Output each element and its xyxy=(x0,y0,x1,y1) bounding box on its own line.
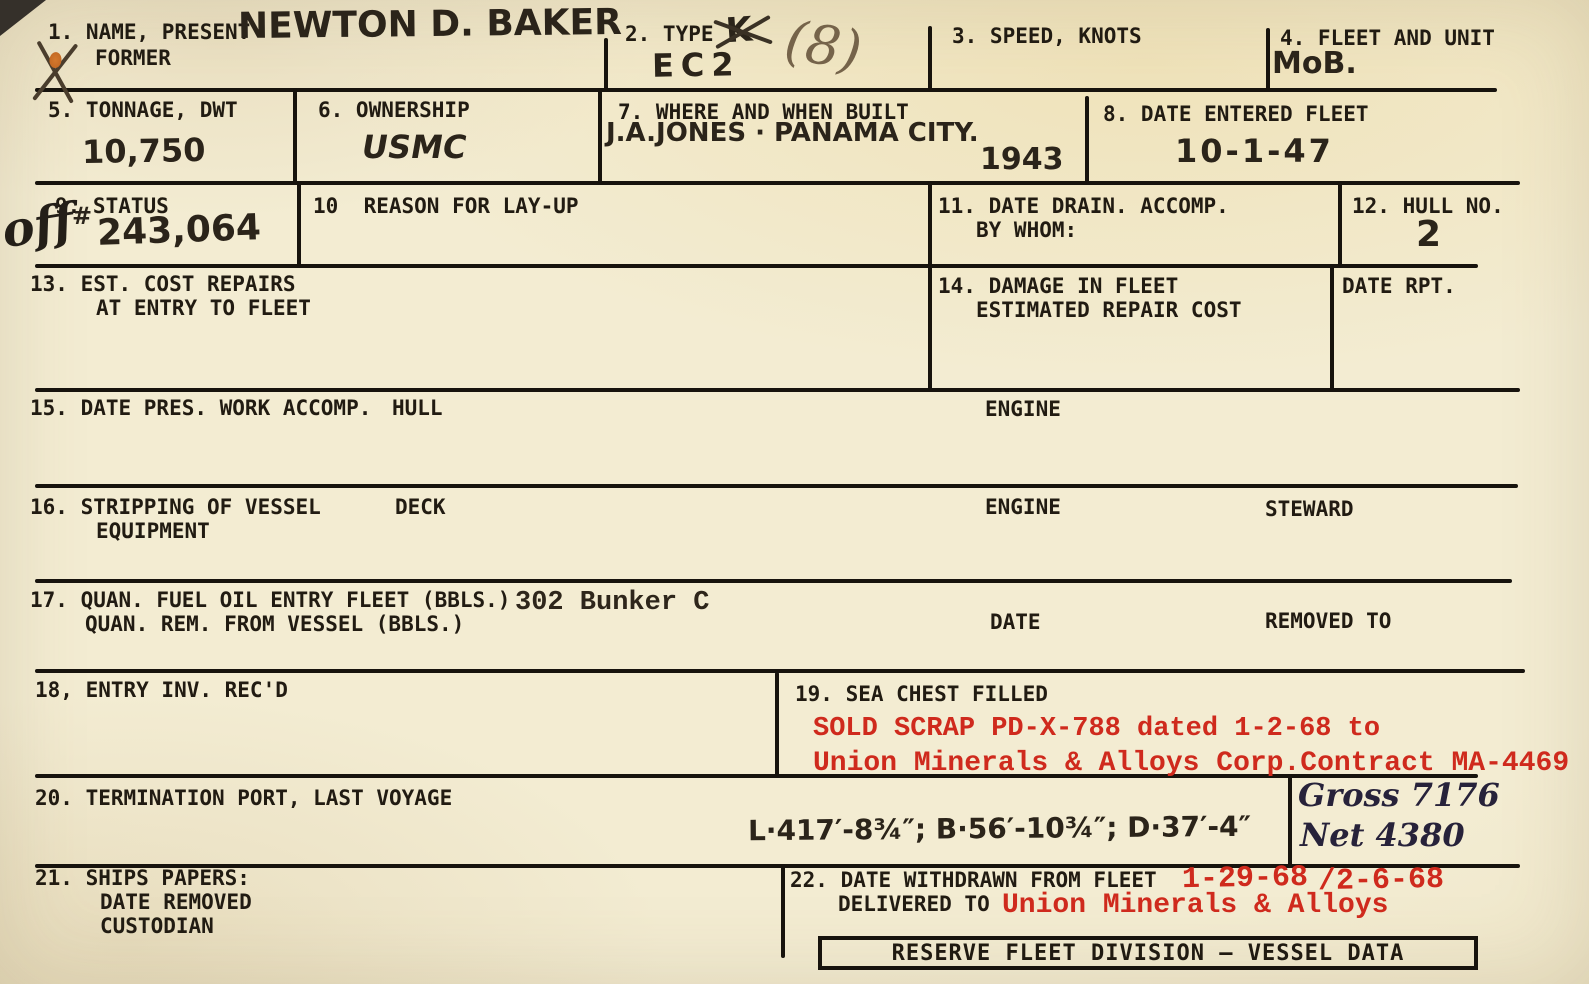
divider-field20-tonnage xyxy=(1288,774,1292,866)
field17-removed-to-label: REMOVED TO xyxy=(1265,609,1391,633)
field14-label: 14. DAMAGE IN FLEET xyxy=(938,274,1178,298)
rule-row3-bottom xyxy=(35,264,1478,268)
field16-engine-label: ENGINE xyxy=(985,495,1061,519)
divider-field18-field19 xyxy=(775,672,779,776)
field7-value-year: 1943 xyxy=(980,142,1064,177)
field16-deck-label: DECK xyxy=(395,495,446,519)
rule-row7-bottom xyxy=(35,669,1525,673)
field17-value-fuel: 302 Bunker C xyxy=(515,588,709,618)
field14-date-rpt-label: DATE RPT. xyxy=(1342,274,1456,298)
divider-field14-daterpt xyxy=(1330,264,1334,390)
field3-label: 3. SPEED, KNOTS xyxy=(952,24,1142,48)
field11-label: 11. DATE DRAIN. ACCOMP. xyxy=(938,194,1229,218)
field22-label: 22. DATE WITHDRAWN FROM FLEET xyxy=(790,868,1157,892)
field20-label: 20. TERMINATION PORT, LAST VOYAGE xyxy=(35,786,452,810)
field21-custodian-label: CUSTODIAN xyxy=(100,914,214,938)
field1-label-former: FORMER xyxy=(95,46,171,70)
field20-net-tonnage: Net 4380 xyxy=(1300,816,1465,854)
field19-label: 19. SEA CHEST FILLED xyxy=(795,682,1048,706)
divider-field6-field7 xyxy=(598,88,602,183)
rule-row5-bottom xyxy=(35,484,1518,488)
field8-label: 8. DATE ENTERED FLEET xyxy=(1103,102,1369,126)
field6-label: 6. OWNERSHIP xyxy=(318,98,470,122)
field11-label-by-whom: BY WHOM: xyxy=(976,218,1077,242)
scan-corner-fold xyxy=(0,0,46,36)
field5-value-tonnage: 10,750 xyxy=(82,131,206,171)
field9-value-status-number: 243,064 xyxy=(96,207,261,254)
field2-value-type: EC2 xyxy=(652,45,741,85)
divider-field21-field22 xyxy=(781,864,785,958)
field22-delivered-to-value: Union Minerals & Alloys xyxy=(1002,890,1388,921)
divider-field7-field8 xyxy=(1085,96,1089,183)
field4-value-fleet: MoB. xyxy=(1272,46,1357,81)
field9-value-off-script: off xyxy=(0,193,78,260)
divider-field9-field10 xyxy=(297,181,301,266)
field13-label: 13. EST. COST REPAIRS xyxy=(30,272,296,296)
field17-label: 17. QUAN. FUEL OIL ENTRY FLEET (BBLS.) xyxy=(30,588,510,612)
rule-row4-bottom xyxy=(35,388,1520,392)
field22-delivered-to-label: DELIVERED TO xyxy=(838,892,990,916)
divider-field3-field4 xyxy=(1266,28,1270,90)
field2-pencil-note: (8) xyxy=(781,8,866,82)
card-title: RESERVE FLEET DIVISION – VESSEL DATA xyxy=(892,941,1405,966)
field20-gross-tonnage: Gross 7176 xyxy=(1298,776,1500,814)
field21-label: 21. SHIPS PAPERS: xyxy=(35,866,250,890)
field15-label: 15. DATE PRES. WORK ACCOMP. xyxy=(30,396,371,420)
field6-value-ownership: USMC xyxy=(359,128,470,166)
field19-sold-scrap-stamp-line1: SOLD SCRAP PD-X-788 dated 1-2-68 to xyxy=(813,714,1380,744)
field16-label: 16. STRIPPING OF VESSEL xyxy=(30,495,321,519)
field15-hull-label: HULL xyxy=(392,396,443,420)
divider-field5-field6 xyxy=(293,88,297,183)
field18-label: 18, ENTRY INV. REC'D xyxy=(35,678,288,702)
rule-row2-bottom xyxy=(35,181,1520,185)
field10-label: 10 REASON FOR LAY-UP xyxy=(313,194,579,218)
field17-label2: QUAN. REM. FROM VESSEL (BBLS.) xyxy=(85,612,464,636)
divider-field11-field12 xyxy=(1338,181,1342,266)
field20-dimensions-value: L·417′-8¾″; B·56′-10¾″; D·37′-4″ xyxy=(748,810,1251,847)
divider-field2-field3 xyxy=(928,26,932,90)
divider-field1-field2 xyxy=(604,38,608,90)
field16-label-equipment: EQUIPMENT xyxy=(96,519,210,543)
field17-date-label: DATE xyxy=(990,610,1041,634)
field15-engine-label: ENGINE xyxy=(985,397,1061,421)
field16-steward-label: STEWARD xyxy=(1265,497,1354,521)
field19-sold-scrap-stamp-line2: Union Minerals & Alloys Corp.Contract MA… xyxy=(813,748,1569,779)
field1-value-ship-name: NEWTON D. BAKER xyxy=(238,2,622,47)
field8-value-date-entered: 10-1-47 xyxy=(1175,132,1334,170)
rule-row1-bottom xyxy=(35,88,1497,92)
field7-value-builder: J.A.JONES · PANAMA CITY. xyxy=(606,118,979,148)
field12-value-hull-no: 2 xyxy=(1416,214,1441,255)
field1-label: 1. NAME, PRESENT xyxy=(48,20,250,44)
field14-label2: ESTIMATED REPAIR COST xyxy=(976,298,1242,322)
divider-field13-field14 xyxy=(928,264,932,390)
field2-label: 2. TYPE xyxy=(625,22,714,46)
field13-label2: AT ENTRY TO FLEET xyxy=(96,296,311,320)
card-title-box: RESERVE FLEET DIVISION – VESSEL DATA xyxy=(818,936,1478,970)
field5-label: 5. TONNAGE, DWT xyxy=(48,98,238,122)
vessel-data-card: 1. NAME, PRESENT FORMER NEWTON D. BAKER … xyxy=(0,0,1589,984)
divider-field10-field11 xyxy=(928,181,932,266)
rule-row6-bottom xyxy=(35,579,1512,583)
field21-date-removed-label: DATE REMOVED xyxy=(100,890,252,914)
field9-value-hash: # xyxy=(72,202,92,230)
